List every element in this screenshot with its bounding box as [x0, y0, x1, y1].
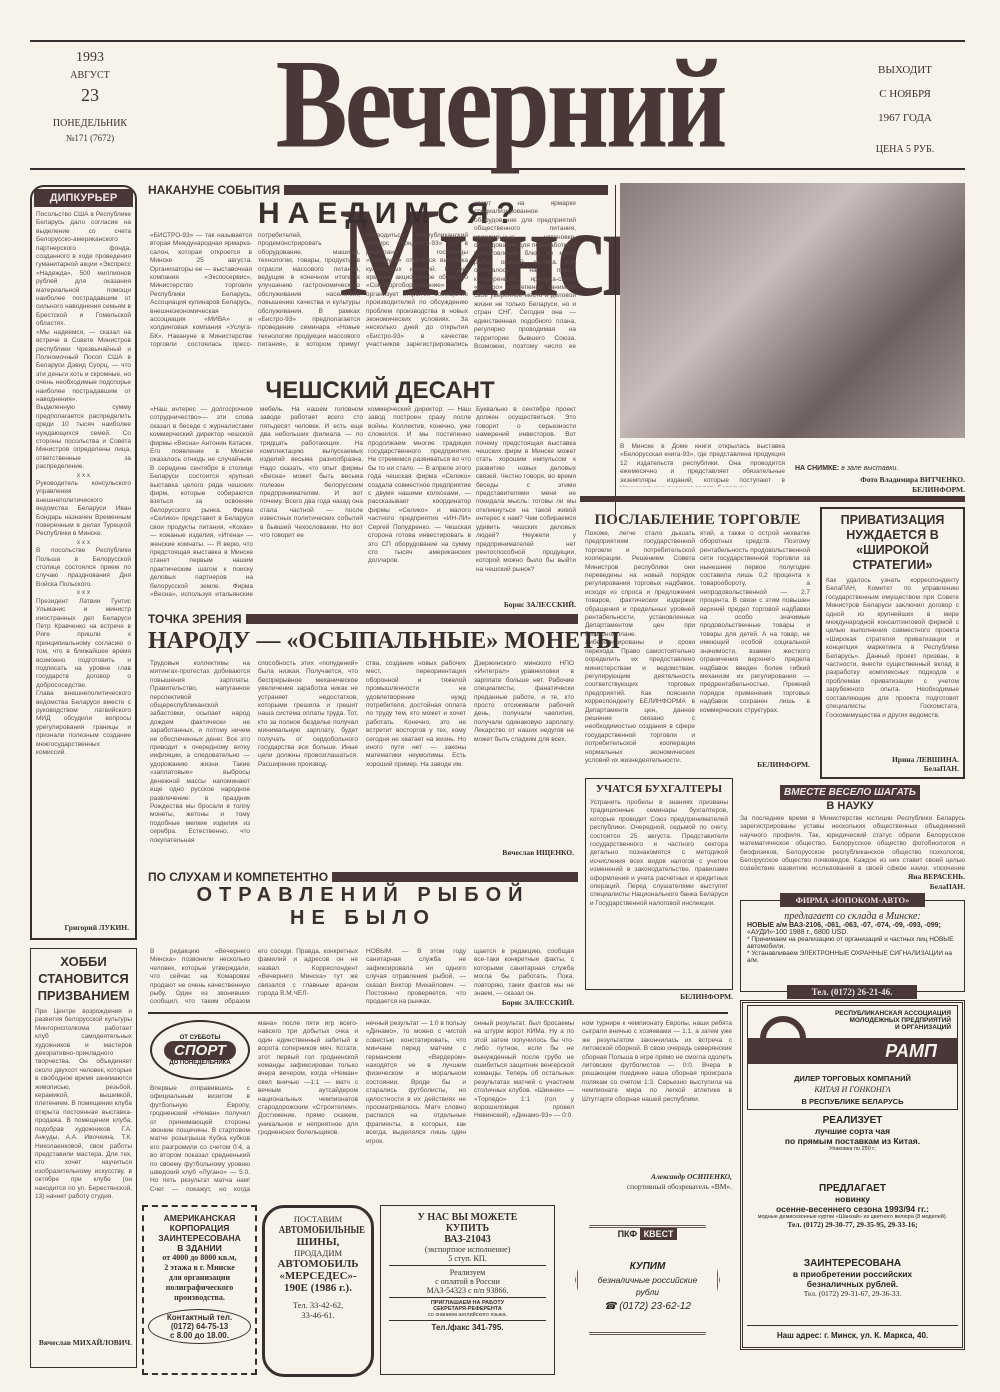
ad-line: В ЗДАНИИ [148, 1243, 251, 1253]
dipcourier-para: Посольство США в Республике Беларусь дал… [36, 211, 131, 329]
ramp-season: осенне-весеннего сезона 1993/94 гг.: [743, 1204, 962, 1214]
accountants-box: УЧАТСЯ БУХГАЛТЕРЫ Устранить пробелы в зн… [585, 778, 733, 990]
ad-line: МАЗ-54323 с п/п 93866. [389, 1286, 546, 1298]
ad-line: 5 ступ. КП. [389, 1254, 546, 1266]
ad-kvest-line: КУПИМ [565, 1261, 730, 1272]
sport-logo: ОТ СУББОТЫ СПОРТ ДО ПОНЕДЕЛЬНИКА [150, 1020, 250, 1080]
article-column: ства, создание новых рабочих мест, перео… [366, 660, 466, 844]
coins-author: Вячеслав ИЩЕНКО. [474, 848, 574, 857]
month: АВГУСТ [30, 70, 150, 81]
dipcourier-heading: ДИПКУРЬЕР [34, 189, 133, 207]
ad-ramp-header: РЕСПУБЛИКАНСКАЯ АССОЦИАЦИЯ МОЛОДЕЖНЫХ ПР… [747, 1005, 958, 1110]
ad-line: ШИНЫ, [269, 1236, 367, 1248]
masthead-date-block: 1993 АВГУСТ 23 ПОНЕДЕЛЬНИК №171 (7672) [30, 46, 150, 147]
issue-number: №171 (7672) [30, 133, 150, 143]
sport-divider [148, 1012, 728, 1014]
article-column: его соседи. Правда, конкретных фамилий и… [258, 948, 358, 1004]
ramp-novelty: новинку [743, 1194, 962, 1204]
photo-on-label: НА СНИМКЕ: в зале выставки. [795, 465, 965, 472]
ad-job: со знанием английского языка. [389, 1312, 546, 1321]
hobby-headline: ХОББИ [35, 953, 132, 970]
ad-line: ВАЗ-21043 [389, 1234, 546, 1245]
accountants-headline: УЧАТСЯ БУХГАЛТЕРЫ [590, 783, 728, 796]
ad-ramp-dealer: В РЕСПУБЛИКЕ БЕЛАРУСЬ [748, 1097, 957, 1106]
published-since-2: С НОЯБРЯ [845, 88, 965, 100]
article-column: онный результат, был бросаемы на штурм в… [474, 1020, 574, 1195]
rubric-label: НАКАНУНЕ СОБЫТИЯ [148, 183, 280, 197]
photo-caption: В Минске в Доме книги открылась выставка… [620, 443, 785, 487]
ad-kvest: ПКФ КВЕСТ КУПИМ безналичные российские р… [565, 1215, 730, 1345]
article-column: Впервые отправившись с официальным визит… [150, 1085, 250, 1195]
ad-phone: Тел. 33-42-62, [269, 1300, 367, 1310]
article-column: нечный результат — 1:0 в пользу «Динамо»… [366, 1020, 466, 1195]
ramp-tea: лучшие сорта чая [743, 1126, 962, 1136]
ad-ramp-tea: РЕАЛИЗУЕТ лучшие сорта чая по прямым пос… [743, 1115, 962, 1152]
price: ЦЕНА 5 РУБ. [845, 144, 965, 155]
ad-contact-hours: с 8.00 до 18.00. [149, 1331, 250, 1340]
separator: x x x [36, 539, 131, 547]
trade-author: БЕЛИНФОРМ. [700, 760, 810, 769]
article-column: Дзержинского минского НПО «Интеграл» ура… [474, 660, 574, 844]
telephone-icon: ☎ [604, 1301, 616, 1312]
science-headline-1: ВМЕСТЕ ВЕСЕЛО ШАГАТЬ [780, 785, 920, 800]
ad-line: НОВЫЕ а/м ВАЗ-2106, -061, -063, -07, -07… [747, 922, 958, 929]
headline: ОТРАВЛЕНИЙ РЫБОЙ [148, 884, 578, 907]
hobby-author: Вячеслав МИХАЙЛОВИЧ. [35, 1338, 132, 1347]
ad-yupokom-banner: ФИРМА «ЮПОКОМ-АВТО» [780, 893, 925, 907]
ad-vaz: У НАС ВЫ МОЖЕТЕ КУПИТЬ ВАЗ-21043 (экспор… [380, 1205, 555, 1375]
privatization-body: Как удалось узнать корреспонденту БелаПА… [826, 577, 959, 755]
ad-line: полиграфического [148, 1283, 251, 1293]
photo-agency: БЕЛИНФОРМ. [795, 485, 965, 494]
article-column: ятий, а также о острой нехватке оборотны… [700, 530, 810, 755]
on-photo-label: НА СНИМКЕ: [795, 465, 839, 472]
day: 23 [30, 85, 150, 106]
ad-tires: ПОСТАВИМ АВТОМОБИЛЬНЫЕ ШИНЫ, ПРОДАДИМ АВ… [262, 1205, 374, 1377]
article-column: «БИСТРО-93» — так называется вторая Межд… [150, 232, 252, 350]
on-photo-text: в зале выставки. [841, 465, 898, 472]
newspaper-title: Вечерний Минск [155, 31, 845, 180]
ad-line: с оплатой в России [389, 1277, 546, 1286]
phone-number: (0172) 23-62-12 [619, 1301, 691, 1312]
separator: x x x [36, 589, 131, 597]
ad-line: АВТОМОБИЛЬНЫЕ [279, 1224, 357, 1236]
article-column: «Наш интерес — долгосрочное сотрудничест… [150, 406, 253, 600]
article-column: В редакцию «Вечернего Минска» позвонили … [150, 948, 250, 1004]
dipcourier-author: Григорий ЛУКИН. [64, 923, 129, 932]
ad-line: от 4000 до 8000 кв.м, [148, 1253, 251, 1263]
accountants-author: БЕЛИНФОРМ. [585, 992, 733, 1001]
rubric-label: ТОЧКА ЗРЕНИЯ [148, 612, 242, 626]
ad-line: «МЕРСЕДЕС»- [269, 1270, 367, 1282]
ad-line: для организации [148, 1273, 251, 1283]
privatization-box: ПРИВАТИЗАЦИЯ НУЖДАЕТСЯ В «ШИРОКОЙ СТРАТЕ… [820, 507, 965, 779]
headline: НАРОДУ — «ОСЫПАЛЬНЫЕ» МОНЕТЫ [148, 628, 578, 655]
masthead: 1993 АВГУСТ 23 ПОНЕДЕЛЬНИК №171 (7672) В… [30, 40, 965, 170]
assoc-line: И ОРГАНИЗАЦИЙ [835, 1024, 951, 1031]
separator: x x x [36, 472, 131, 480]
divider-bar [580, 496, 965, 502]
article-column: щается в редакцию, сообщая все-таки конк… [474, 948, 574, 996]
article-column: ном турнире к чемпионату Европы, наши ре… [582, 1020, 732, 1170]
sport-logo-bottom: ДО ПОНЕДЕЛЬНИКА [169, 1060, 230, 1066]
rubric: ТОЧКА ЗРЕНИЯ [148, 612, 578, 626]
assoc-line: РЕСПУБЛИКАНСКАЯ АССОЦИАЦИЯ [835, 1010, 951, 1017]
dipcourier-para: В посольстве Республики Польша в Белорус… [36, 547, 131, 589]
ad-line: АВТОМОБИЛЬ [269, 1258, 367, 1270]
ad-yupokom-phone: Тел. (0172) 26-21-46. [787, 985, 917, 999]
sport-author-title: спортивный обозреватель «ВМ». [582, 1182, 732, 1191]
article-column: коммерческий директор: — Наш завод постр… [368, 406, 471, 600]
dipcourier-para: Президент Латвии Гунтис Ульманис и минис… [36, 598, 131, 690]
science-body: За последнее время в Министерстве юстици… [740, 815, 965, 870]
ad-line: «АУДИ»-100 1988 г., 6800 USD. [747, 929, 958, 936]
article-fish: ПО СЛУХАМ И КОМПЕТЕНТНО ОТРАВЛЕНИЙ РЫБОЙ… [148, 870, 578, 930]
czech-headline: ЧЕШСКИЙ ДЕСАНТ [250, 377, 510, 405]
rubric-bar [246, 614, 578, 624]
ad-contact: Контактный тел. [149, 1313, 250, 1322]
ramp-sells: РЕАЛИЗУЕТ [743, 1115, 962, 1126]
ad-kvest-company: ПКФ КВЕСТ [565, 1229, 730, 1239]
article-column: проводиться республиканский конкурс «Кон… [366, 232, 468, 350]
hobby-headline: ПРИЗВАНИЕМ [35, 987, 132, 1004]
privatization-agency: БелаПАН. [826, 764, 959, 773]
ad-phone: Тел./факс 341-795. [389, 1323, 546, 1332]
privatization-headline: ПРИВАТИЗАЦИЯ НУЖДАЕТСЯ В «ШИРОКОЙ СТРАТЕ… [826, 513, 959, 573]
ramp-phone: Тел. (0172) 29-30-77, 29-35-95, 29-33-16… [743, 1220, 962, 1229]
ramp-tea-pack: Упаковка по 250 г; [743, 1146, 962, 1152]
ad-line: ПОСТАВИМ [269, 1214, 367, 1224]
ad-ramp-assoc: РЕСПУБЛИКАНСКАЯ АССОЦИАЦИЯ МОЛОДЕЖНЫХ ПР… [835, 1010, 951, 1031]
dipcourier-para: Глава внешнеполитического ведомства Бела… [36, 690, 131, 757]
dipcourier-para: Руководитель консульского управления вне… [36, 480, 131, 539]
published-since-3: 1967 ГОДА [845, 112, 965, 124]
column-divider [615, 185, 616, 515]
ad-line: 190Е (1986 г.). [269, 1282, 367, 1294]
czech-author: Борис ЗАЛЕССКИЙ. [476, 600, 576, 609]
article-coins: ТОЧКА ЗРЕНИЯ НАРОДУ — «ОСЫПАЛЬНЫЕ» МОНЕТ… [148, 612, 578, 655]
science-author: Яна ВЕРАСЕНЬ. [740, 872, 965, 881]
hobby-box: ХОББИ СТАНОВИТСЯ ПРИЗВАНИЕМ При Центре в… [30, 948, 137, 1368]
ad-line: Реализуем [389, 1268, 546, 1277]
ad-kvest-phone: ☎ (0172) 23-62-12 [565, 1301, 730, 1312]
dipcourier-para: Выделенную сумму предполагается распреде… [36, 404, 131, 471]
ramp-interested: ЗАИНТЕРЕСОВАНА [743, 1258, 962, 1269]
ad-american: АМЕРИКАНСКАЯ КОРПОРАЦИЯ ЗАИНТЕРЕСОВАНА В… [142, 1205, 257, 1375]
sport-logo-top: ОТ СУББОТЫ [180, 1035, 221, 1041]
hobby-headline: СТАНОВИТСЯ [35, 970, 132, 987]
article-column: Трудовые коллективы на митингах-протеста… [150, 660, 250, 844]
article-column: мебель. На нашем головном заводе работае… [260, 406, 363, 600]
article-column: НОВЫМ. — В этом году санитарная служба н… [366, 948, 466, 1004]
year: 1993 [30, 50, 150, 66]
rubric: НАКАНУНЕ СОБЫТИЯ [148, 183, 608, 197]
article-column: Буквально в сентябре проект должен осуще… [476, 406, 576, 590]
ad-line: КУПИТЬ [389, 1223, 546, 1234]
ad-kvest-line: рубли [565, 1287, 730, 1297]
sport-logo-main: СПОРТ [164, 1041, 236, 1060]
masthead-info-block: ВЫХОДИТ С НОЯБРЯ 1967 ГОДА ЦЕНА 5 РУБ. [845, 52, 965, 167]
article-column: способность этих «попудений» была низкая… [258, 660, 358, 844]
ramp-tea: по прямым поставкам из Китая. [743, 1136, 962, 1146]
ad-line: ПРОДАДИМ [269, 1248, 367, 1258]
fish-author: Борис ЗАЛЕССКИЙ. [474, 998, 574, 1007]
ramp-offers: ПРЕДЛАГАЕТ [743, 1183, 962, 1194]
ad-yupokom: предлагает со склада в Минске: НОВЫЕ а/м… [740, 900, 965, 992]
company-prefix: ПКФ [618, 1229, 638, 1239]
science-agency: БелаПАН. [740, 882, 965, 891]
hobby-body: При Центре возрождения и развития белору… [35, 1008, 132, 1338]
rubric-label: ПО СЛУХАМ И КОМПЕТЕНТНО [148, 870, 328, 884]
ad-line: У НАС ВЫ МОЖЕТЕ [389, 1212, 546, 1223]
exhibition-photo [620, 183, 965, 438]
ad-line: ЗАИНТЕРЕСОВАНА [148, 1233, 251, 1243]
accountants-body: Устранить пробелы в знаниях призваны тра… [590, 799, 728, 969]
rubric: ПО СЛУХАМ И КОМПЕТЕНТНО [148, 870, 578, 884]
ad-ramp-dealer: КИТАЯ И ГОНКОНГА [748, 1085, 957, 1094]
science-headline-2: В НАУКУ [780, 800, 920, 812]
rubric-bar [332, 872, 578, 882]
trade-headline: ПОСЛАБЛЕНИЕ ТОРГОВЛЕ [585, 512, 810, 529]
rubric-bar [284, 185, 608, 195]
photo-credit: Фото Владимира ВИТЧЕНКО. [795, 475, 965, 484]
ad-ramp-jackets: ПРЕДЛАГАЕТ новинку осенне-весеннего сезо… [743, 1183, 962, 1229]
headline: НЕ БЫЛО [148, 907, 578, 930]
ad-contact-oval: Контактный тел. (0172) 64-75-13 с 8.00 д… [148, 1309, 251, 1344]
article-naedimsya: НАКАНУНЕ СОБЫТИЯ НАЕДИМСЯ? [148, 183, 608, 197]
ad-line: АМЕРИКАНСКАЯ [148, 1213, 251, 1223]
ad-offer: предлагает со склада в Минске: [747, 911, 958, 922]
article-column: потребителей, продемонстрировать оборудо… [258, 232, 360, 350]
ramp-logo: РАМП [748, 1038, 957, 1064]
ad-line: 2 этажа в г. Минске [148, 1263, 251, 1273]
dipcourier-column: ДИПКУРЬЕР Посольство США в Республике Бе… [30, 185, 137, 940]
ad-line: * Устанавливаем ЭЛЕКТРОННЫЕ ОХРАННЫЕ СИГ… [747, 950, 958, 964]
assoc-line: МОЛОДЕЖНЫХ ПРЕДПРИЯТИЙ [835, 1017, 951, 1024]
company-name: КВЕСТ [640, 1228, 678, 1240]
ad-kvest-line: безналичные российские [565, 1275, 730, 1285]
sport-author: Александр ОСИПЕНКО, [582, 1172, 732, 1181]
article-column: мана» после пяти игр всего-навсего три д… [258, 1020, 358, 1195]
ad-line: * Принимаем на реализацию от организаций… [747, 936, 958, 950]
ad-contact-phone: (0172) 64-75-13 [149, 1322, 250, 1331]
ad-ramp: РЕСПУБЛИКАНСКАЯ АССОЦИАЦИЯ МОЛОДЕЖНЫХ ПР… [740, 1000, 965, 1350]
ad-ramp-rubles: ЗАИНТЕРЕСОВАНА в приобретении российских… [743, 1258, 962, 1298]
ad-phone: 33-46-61. [269, 1310, 367, 1320]
ad-line: производства. [148, 1293, 251, 1303]
ramp-phone: Тел. (0172) 29-31-67, 29-36-33. [743, 1289, 962, 1298]
article-column: кажут на ярмарке специализированное обор… [474, 200, 576, 350]
ad-line: КОРПОРАЦИЯ [148, 1223, 251, 1233]
dipcourier-para: «Мы надеемся, — сказал на встрече в Сове… [36, 329, 131, 405]
ramp-rubles: в приобретении российских [743, 1269, 962, 1279]
published-since-1: ВЫХОДИТ [845, 64, 965, 76]
privatization-author: Ирина ЛЕВШИНА. [826, 755, 959, 764]
ramp-address: Наш адрес: г. Минск, ул. К. Маркса, 40. [747, 1325, 958, 1340]
weekday: ПОНЕДЕЛЬНИК [30, 118, 150, 129]
ad-ramp-dealer: ДИЛЕР ТОРГОВЫХ КОМПАНИЙ [748, 1074, 957, 1083]
ad-line: (экспортное исполнение) [389, 1245, 546, 1254]
ramp-rubles: безналичных рублей. [743, 1279, 962, 1289]
